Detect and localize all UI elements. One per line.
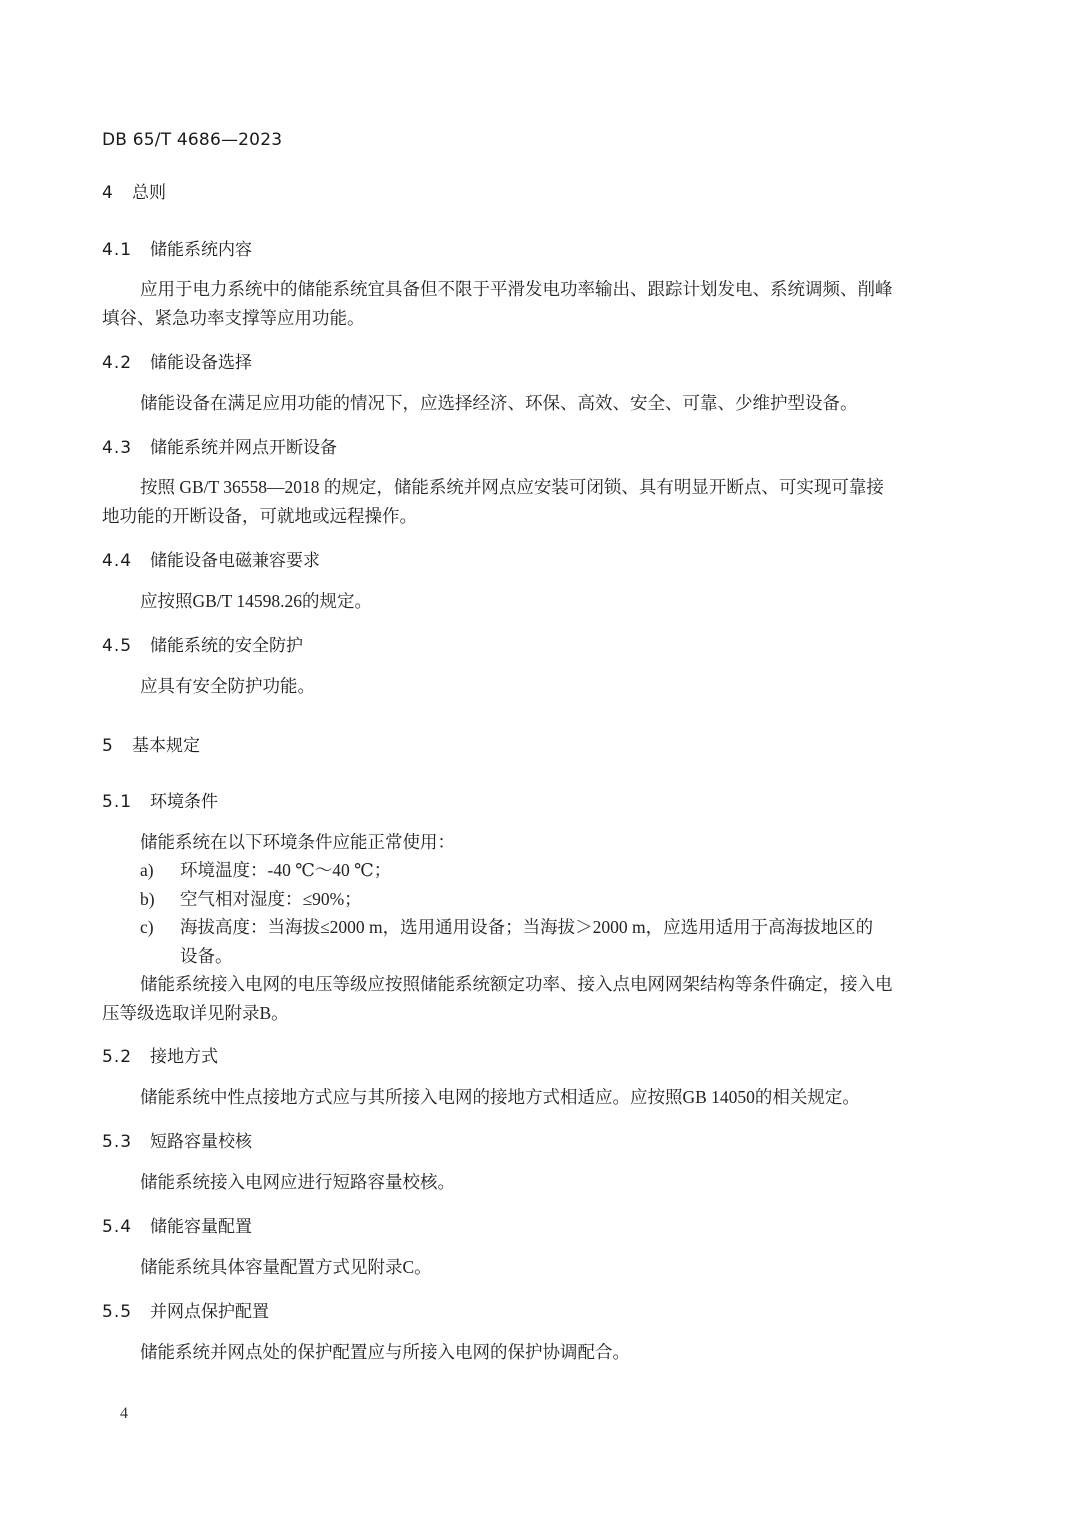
subsection-title: 短路容量校核 xyxy=(150,1132,252,1152)
paragraph-line: 地功能的开断设备，可就地或远程操作。 xyxy=(102,503,417,528)
subsection-heading-4-5: 4.5储能系统的安全防护 xyxy=(102,631,303,656)
subsection-title: 并网点保护配置 xyxy=(150,1302,269,1322)
subsection-number: 5.1 xyxy=(102,792,150,812)
subsection-number: 5.4 xyxy=(102,1217,150,1237)
subsection-number: 4.2 xyxy=(102,353,150,373)
section-number: 4 xyxy=(102,183,132,203)
subsection-heading-5-2: 5.2接地方式 xyxy=(102,1042,218,1067)
section-title: 总则 xyxy=(132,183,166,203)
subsection-title: 储能系统的安全防护 xyxy=(150,636,303,656)
subsection-number: 5.3 xyxy=(102,1132,150,1152)
list-label: b) xyxy=(140,889,180,910)
paragraph-line: 储能系统在以下环境条件应能正常使用： xyxy=(140,829,455,854)
subsection-title: 接地方式 xyxy=(150,1047,218,1067)
subsection-heading-5-4: 5.4储能容量配置 xyxy=(102,1212,252,1237)
subsection-heading-4-2: 4.2储能设备选择 xyxy=(102,348,252,373)
list-text: 环境温度：-40 ℃～40 ℃； xyxy=(180,860,391,880)
section-number: 5 xyxy=(102,736,132,756)
section-heading-4: 4总则 xyxy=(102,178,166,203)
page-number: 4 xyxy=(120,1405,128,1423)
subsection-title: 储能容量配置 xyxy=(150,1217,252,1237)
standard-code-header: DB 65/T 4686—2023 xyxy=(102,130,282,150)
paragraph-line: 按照 GB/T 36558—2018 的规定，储能系统并网点应安装可闭锁、具有明… xyxy=(140,474,884,499)
list-item-c: c)海拔高度：当海拔≤2000 m，选用通用设备；当海拔＞2000 m，应选用适… xyxy=(140,914,873,939)
paragraph-line: 应具有安全防护功能。 xyxy=(140,673,315,698)
subsection-number: 5.5 xyxy=(102,1302,150,1322)
document-page: DB 65/T 4686—2023 4总则 4.1储能系统内容 应用于电力系统中… xyxy=(0,0,1080,1528)
subsection-heading-4-3: 4.3储能系统并网点开断设备 xyxy=(102,433,337,458)
subsection-heading-5-5: 5.5并网点保护配置 xyxy=(102,1297,269,1322)
section-heading-5: 5基本规定 xyxy=(102,731,200,756)
section-title: 基本规定 xyxy=(132,736,200,756)
list-item-b: b)空气相对湿度：≤90%； xyxy=(140,886,362,911)
paragraph-line: 储能系统具体容量配置方式见附录C。 xyxy=(140,1254,432,1279)
paragraph-line: 储能系统中性点接地方式应与其所接入电网的接地方式相适应。应按照GB 14050的… xyxy=(140,1084,860,1109)
subsection-title: 储能设备选择 xyxy=(150,353,252,373)
subsection-heading-4-1: 4.1储能系统内容 xyxy=(102,235,252,260)
subsection-heading-5-1: 5.1环境条件 xyxy=(102,787,218,812)
paragraph-line: 应按照GB/T 14598.26的规定。 xyxy=(140,588,372,613)
paragraph-line: 储能系统接入电网应进行短路容量校核。 xyxy=(140,1169,455,1194)
subsection-title: 环境条件 xyxy=(150,792,218,812)
subsection-title: 储能系统并网点开断设备 xyxy=(150,438,337,458)
subsection-title: 储能系统内容 xyxy=(150,240,252,260)
paragraph-line: 压等级选取详见附录B。 xyxy=(102,1000,289,1025)
subsection-heading-5-3: 5.3短路容量校核 xyxy=(102,1127,252,1152)
subsection-number: 4.1 xyxy=(102,240,150,260)
list-label: a) xyxy=(140,860,180,881)
list-text: 海拔高度：当海拔≤2000 m，选用通用设备；当海拔＞2000 m，应选用适用于… xyxy=(180,917,873,937)
subsection-number: 4.4 xyxy=(102,551,150,571)
subsection-number: 4.3 xyxy=(102,438,150,458)
paragraph-line: 储能设备在满足应用功能的情况下，应选择经济、环保、高效、安全、可靠、少维护型设备… xyxy=(140,390,858,415)
list-text: 空气相对湿度：≤90%； xyxy=(180,889,362,909)
subsection-number: 4.5 xyxy=(102,636,150,656)
subsection-number: 5.2 xyxy=(102,1047,150,1067)
paragraph-line: 应用于电力系统中的储能系统宜具备但不限于平滑发电功率输出、跟踪计划发电、系统调频… xyxy=(140,276,893,301)
paragraph-line: 填谷、紧急功率支撑等应用功能。 xyxy=(102,305,365,330)
list-item-c-continued: 设备。 xyxy=(180,943,233,968)
subsection-title: 储能设备电磁兼容要求 xyxy=(150,551,320,571)
list-label: c) xyxy=(140,917,180,938)
paragraph-line: 储能系统并网点处的保护配置应与所接入电网的保护协调配合。 xyxy=(140,1339,630,1364)
list-item-a: a)环境温度：-40 ℃～40 ℃； xyxy=(140,857,391,882)
paragraph-line: 储能系统接入电网的电压等级应按照储能系统额定功率、接入点电网网架结构等条件确定，… xyxy=(140,971,893,996)
subsection-heading-4-4: 4.4储能设备电磁兼容要求 xyxy=(102,546,320,571)
